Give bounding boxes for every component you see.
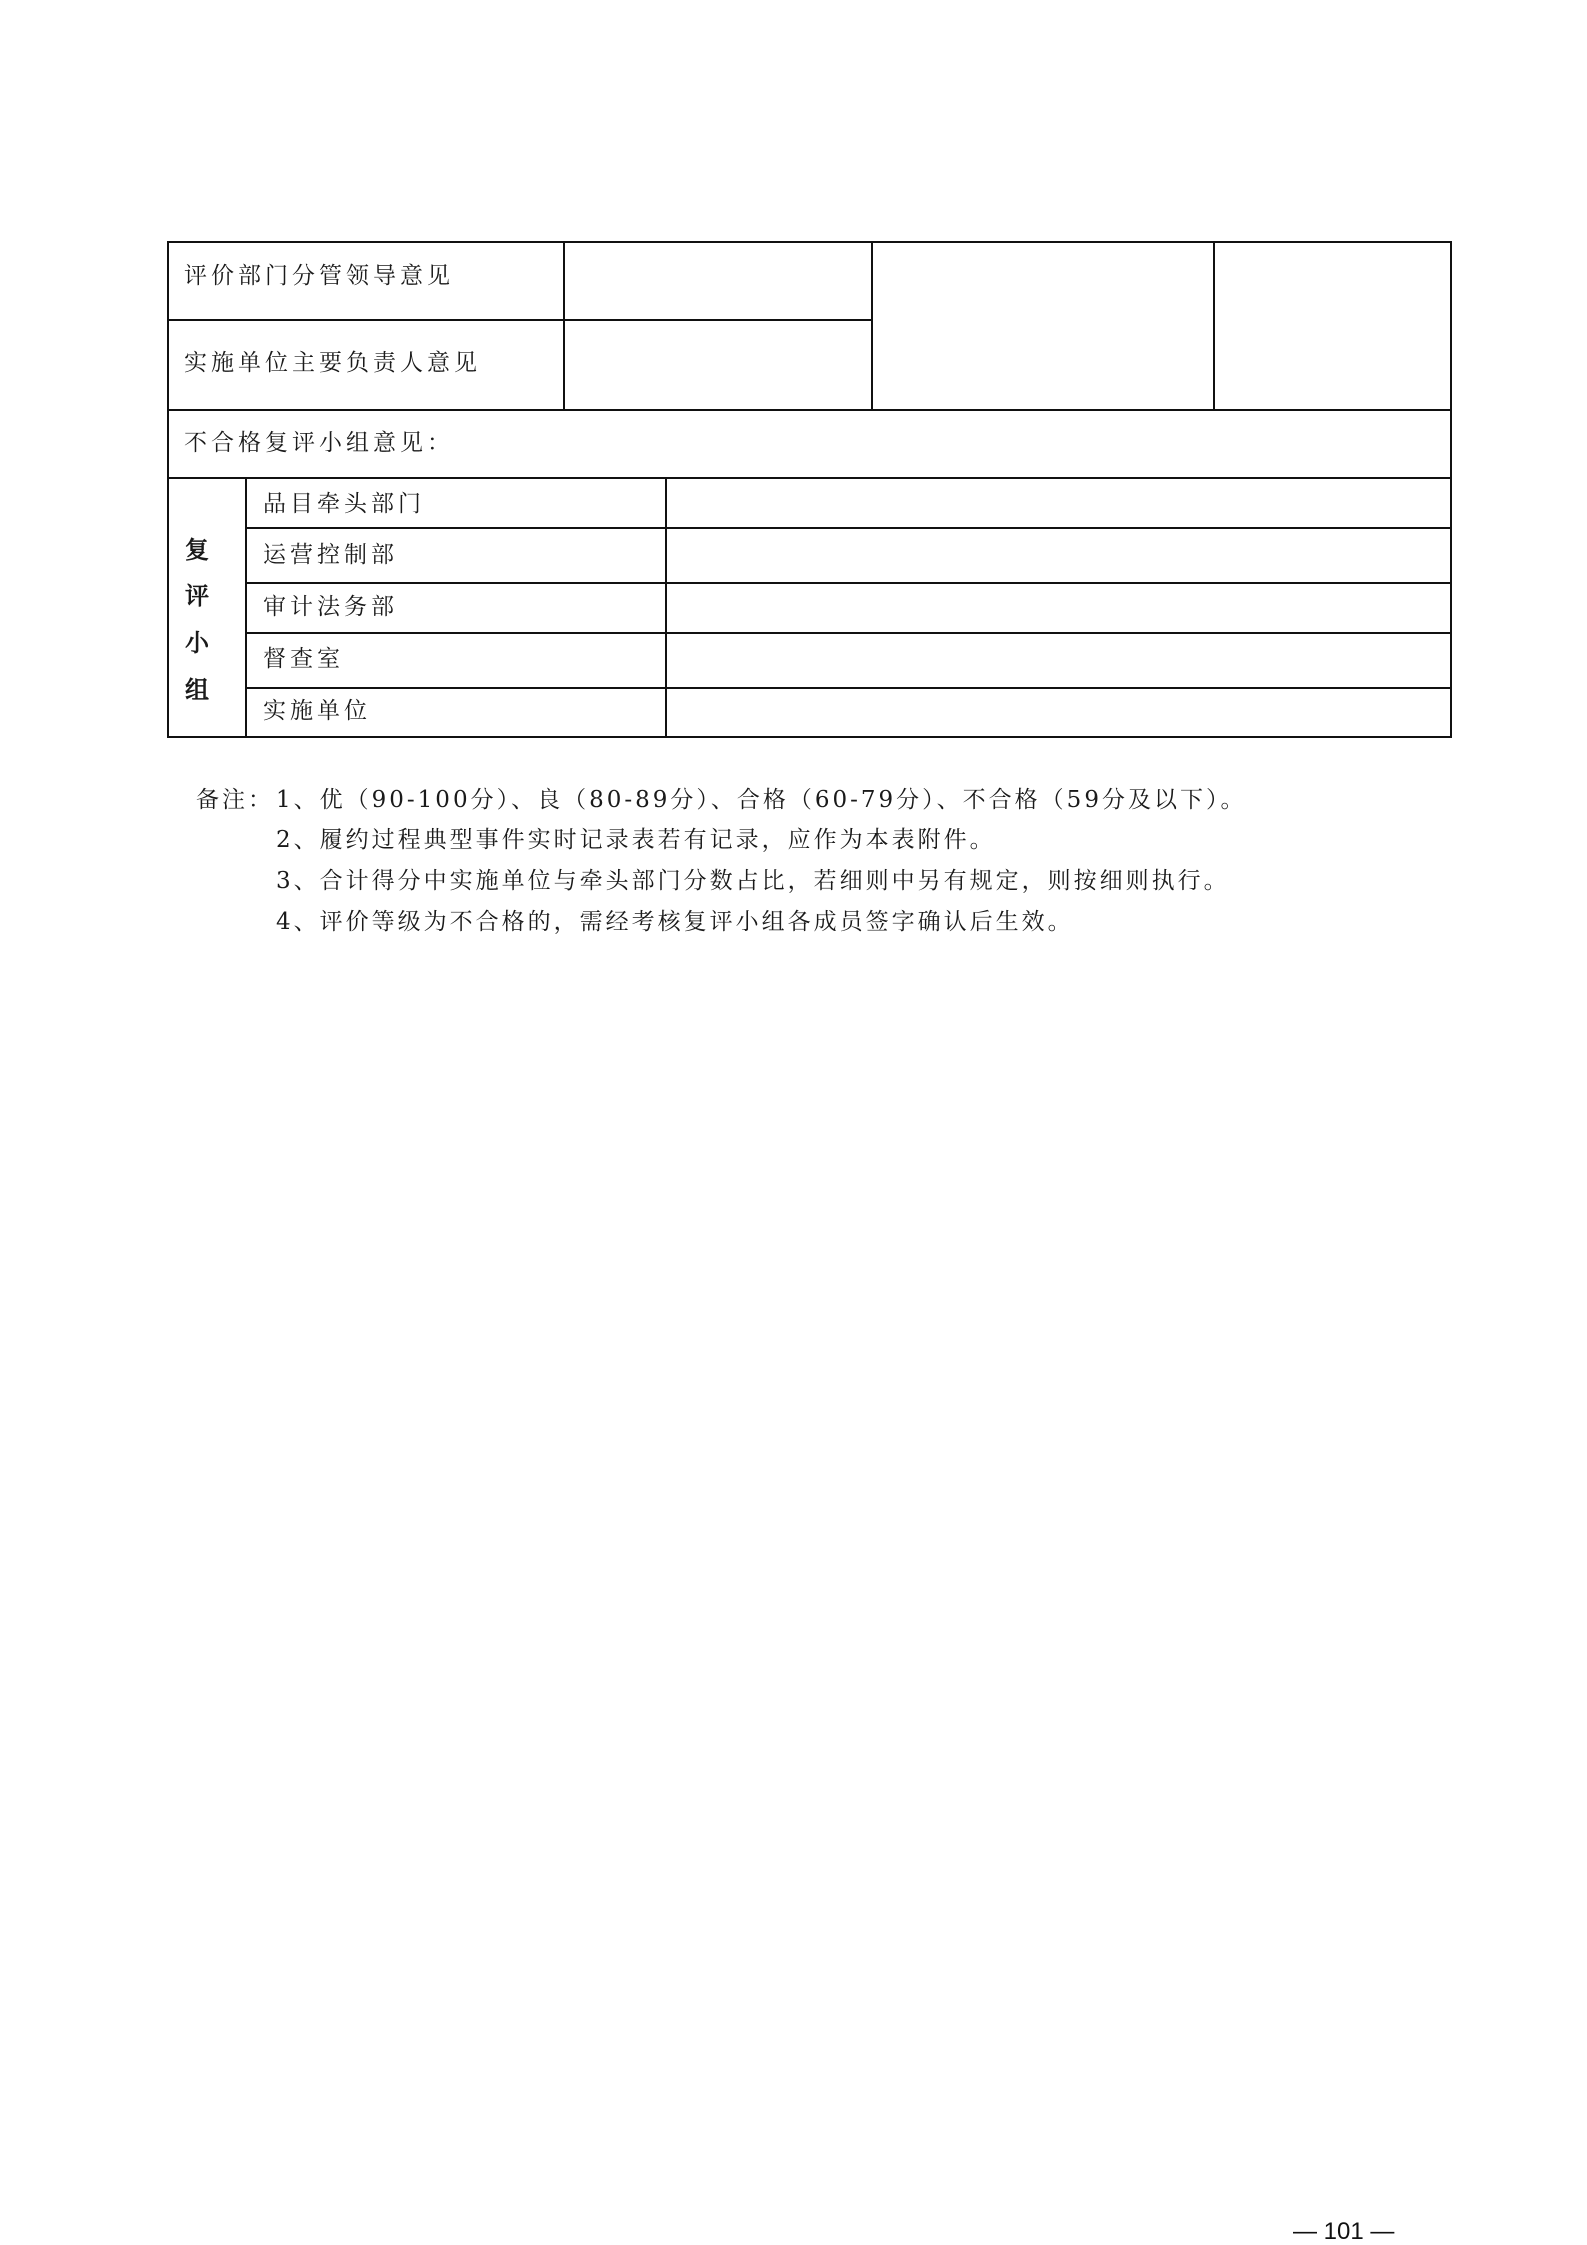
notes-prefix: 备注： xyxy=(196,785,274,815)
col-divider xyxy=(1213,241,1215,411)
member-signature-field[interactable] xyxy=(668,584,1450,632)
row-label-dept-leader-opinion: 评价部门分管领导意见 xyxy=(184,262,454,290)
merged-cell-1[interactable] xyxy=(874,243,1213,409)
member-name: 品目牵头部门 xyxy=(263,490,425,518)
note-item: 1、优（90-100分）、良（80-89分）、合格（60-79分）、不合格（59… xyxy=(276,785,1246,815)
member-signature-field[interactable] xyxy=(668,689,1450,736)
dept-leader-opinion-field[interactable] xyxy=(566,243,871,319)
member-name: 实施单位 xyxy=(263,697,371,725)
merged-cell-2[interactable] xyxy=(1216,243,1450,409)
col-divider xyxy=(871,241,873,411)
col-divider xyxy=(665,477,667,738)
member-signature-field[interactable] xyxy=(668,479,1450,527)
note-item: 2、履约过程典型事件实时记录表若有记录，应作为本表附件。 xyxy=(276,825,996,855)
row-label-unit-head-opinion: 实施单位主要负责人意见 xyxy=(184,349,481,377)
member-name: 运营控制部 xyxy=(263,541,398,569)
col-divider xyxy=(245,477,247,738)
table-border-bottom xyxy=(168,736,1452,738)
review-group-label-char: 小 xyxy=(182,628,212,658)
col-divider xyxy=(563,241,565,411)
table-border-right xyxy=(1450,241,1452,738)
unit-head-opinion-field[interactable] xyxy=(566,321,871,409)
member-name: 督查室 xyxy=(263,645,344,673)
note-item: 3、合计得分中实施单位与牵头部门分数占比，若细则中另有规定，则按细则执行。 xyxy=(276,866,1230,896)
review-group-label-char: 复 xyxy=(182,535,212,565)
member-name: 审计法务部 xyxy=(263,593,398,621)
note-item: 4、评价等级为不合格的，需经考核复评小组各成员签字确认后生效。 xyxy=(276,907,1074,937)
member-signature-field[interactable] xyxy=(668,634,1450,687)
row-divider xyxy=(168,409,1452,411)
review-opinion-label: 不合格复评小组意见： xyxy=(184,429,454,457)
review-group-label-char: 评 xyxy=(182,581,212,611)
table-border-left xyxy=(167,241,169,738)
member-signature-field[interactable] xyxy=(668,529,1450,582)
review-group-label-char: 组 xyxy=(182,675,212,705)
page-number: — 101 — xyxy=(1293,2218,1394,2245)
